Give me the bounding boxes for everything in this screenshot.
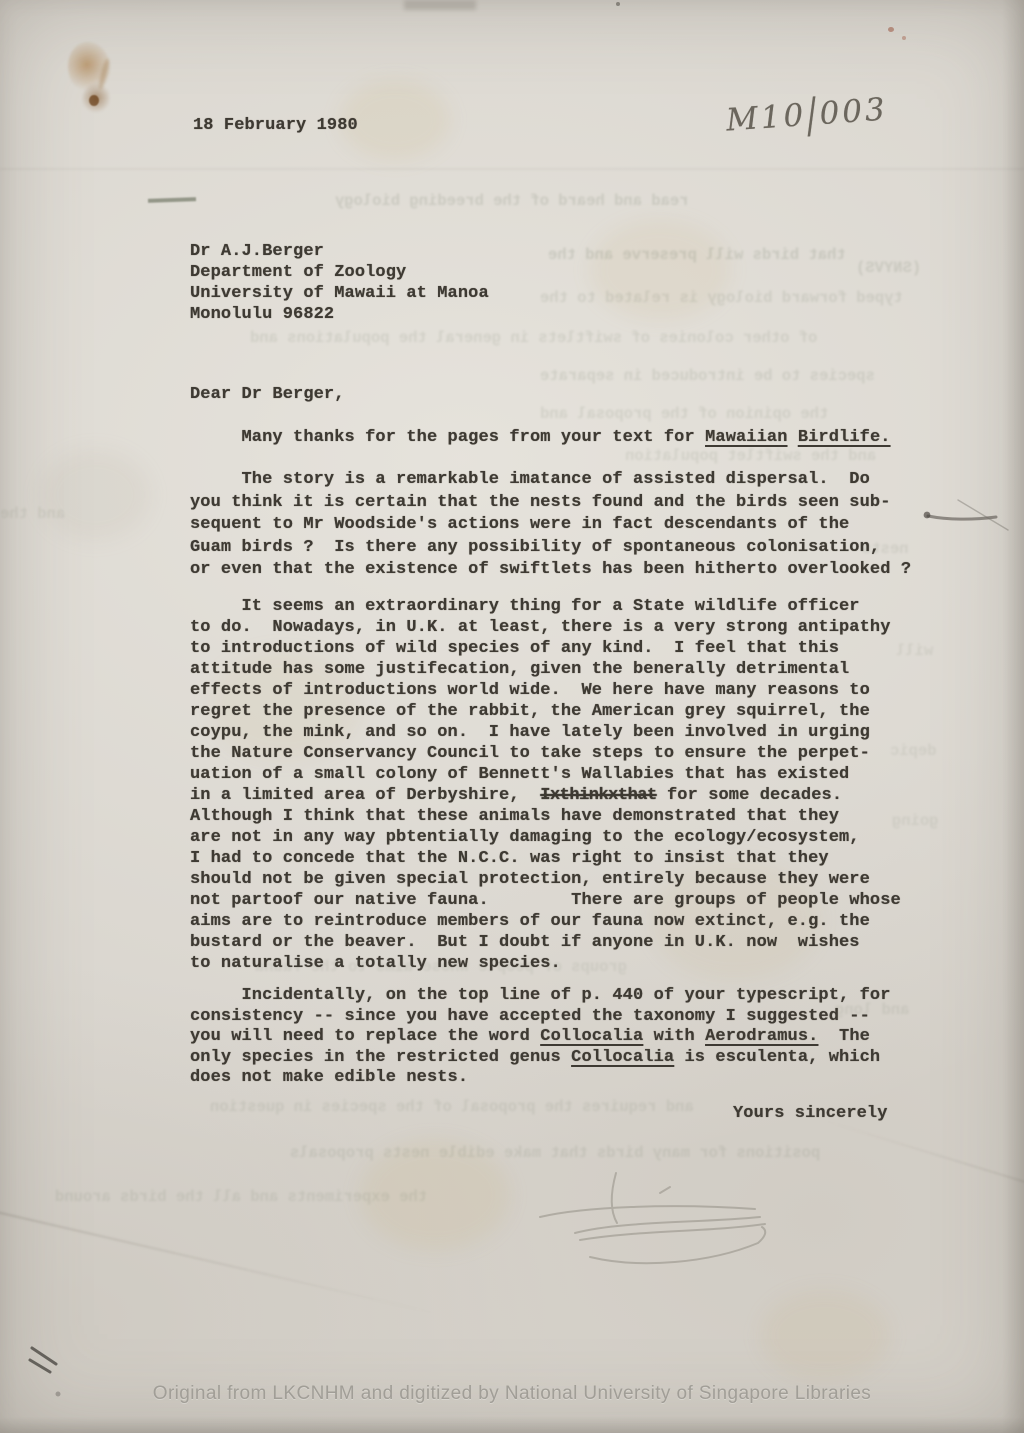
text-run: Many thanks for the pages from your text…	[190, 428, 705, 447]
letter-line: effects of introductions world wide. We …	[190, 680, 901, 701]
text-run: only species in the restricted genus	[190, 1048, 571, 1067]
struck-out-text: Ixthinkxthat	[540, 786, 656, 805]
text-run: with	[643, 1027, 705, 1046]
text-run: uation of a small colony of Bennett's Wa…	[190, 765, 849, 784]
letter-line: does not make edible nests.	[190, 1068, 891, 1089]
text-run: effects of introductions world wide. We …	[190, 681, 870, 700]
underlined-text: Birdlife.	[798, 428, 891, 447]
text-run: you will need to replace the word	[190, 1027, 540, 1046]
squiggle-dot	[924, 512, 931, 519]
pencil-annotation	[520, 1165, 820, 1275]
text-run: regret the presence of the rabbit, the A…	[190, 702, 870, 721]
letter-line: or even that the existence of swiftlets …	[190, 559, 911, 582]
text-run: are not in any way pbtentially damaging …	[190, 828, 860, 847]
text-run: bustard or the beaver. But I doubt if an…	[190, 933, 860, 952]
letter-line: you will need to replace the word Colloc…	[190, 1027, 891, 1048]
letter-line: aims are to reintroduce members of our f…	[190, 911, 901, 932]
letter-line: coypu, the mink, and so on. I have latel…	[190, 722, 901, 743]
underlined-text: Collocalia	[540, 1027, 643, 1046]
text-run: does not make edible nests.	[190, 1068, 468, 1087]
text-run: aims are to reintroduce members of our f…	[190, 912, 870, 931]
letter-line: consistency -- since you have accepted t…	[190, 1007, 891, 1028]
letter-line: only species in the restricted genus Col…	[190, 1048, 891, 1069]
letter-line: regret the presence of the rabbit, the A…	[190, 701, 901, 722]
paragraph-1: Many thanks for the pages from your text…	[190, 427, 891, 449]
text-run: coypu, the mink, and so on. I have latel…	[190, 723, 870, 742]
letter-line: the Nature Conservancy Council to take s…	[190, 743, 901, 764]
letter-line: Guam birds ? Is there any possibility of…	[190, 537, 911, 560]
letter-line: bustard or the beaver. But I doubt if an…	[190, 932, 901, 953]
text-run: the Nature Conservancy Council to take s…	[190, 744, 870, 763]
corner-stroke-1	[32, 1348, 56, 1364]
text-run: It seems an extraordinary thing for a St…	[190, 597, 860, 616]
underlined-text: Collocalia	[571, 1048, 674, 1067]
text-run: Incidentally, on the top line of p. 440 …	[190, 986, 891, 1005]
letter-line: Although I think that these animals have…	[190, 806, 901, 827]
text-run: consistency -- since you have accepted t…	[190, 1007, 870, 1026]
underlined-text: Mawaiian	[705, 428, 787, 447]
text-run: not partoof our native fauna. There are …	[190, 891, 901, 910]
letter-line: you think it is certain that the nests f…	[190, 492, 911, 515]
letter-line: to do. Nowadays, in U.K. at least, there…	[190, 617, 901, 638]
letter-line: Incidentally, on the top line of p. 440 …	[190, 986, 891, 1007]
letter-line: not partoof our native fauna. There are …	[190, 890, 901, 911]
text-run: should not be given special protection, …	[190, 870, 870, 889]
letter-line: I had to concede that the N.C.C. was rig…	[190, 848, 901, 869]
page-edge-shading-bottom	[0, 1417, 1024, 1433]
text-run: I had to concede that the N.C.C. was rig…	[190, 849, 829, 868]
letter-line: attitude has some justifecation, given t…	[190, 659, 901, 680]
text-run: Although I think that these animals have…	[190, 807, 839, 826]
corner-stroke-2	[30, 1360, 50, 1372]
text-run: to do. Nowadays, in U.K. at least, there…	[190, 618, 891, 637]
letter-line: Many thanks for the pages from your text…	[190, 427, 891, 449]
text-run: in a limited area of Derbyshire,	[190, 786, 540, 805]
letter-line: The story is a remarkable imatance of as…	[190, 469, 911, 492]
text-run	[788, 428, 798, 447]
pencil-tick	[660, 1187, 670, 1193]
letter-line: to naturalise a totally new species.	[190, 953, 901, 974]
text-run: attitude has some justifecation, given t…	[190, 660, 849, 679]
text-run: The	[818, 1027, 870, 1046]
text-run: is esculenta, which	[674, 1048, 880, 1067]
ref-part-1: M10	[725, 97, 808, 139]
pencil-stroke-2	[575, 1217, 760, 1233]
underlined-text: Aerodramus.	[705, 1027, 818, 1046]
text-run: sequent to Mr Woodside's actions were in…	[190, 515, 849, 534]
paragraph-4: Incidentally, on the top line of p. 440 …	[190, 986, 891, 1089]
text-run: or even that the existence of swiftlets …	[190, 560, 911, 579]
squiggle-diagonal	[958, 500, 1008, 530]
text-run: Guam birds ? Is there any possibility of…	[190, 538, 880, 557]
text-run: for some decades.	[657, 786, 842, 805]
pencil-stroke-4	[590, 1227, 765, 1263]
letter-line: sequent to Mr Woodside's actions were in…	[190, 514, 911, 537]
ref-part-2: 003	[818, 91, 889, 132]
page-edge-shading-right	[1002, 0, 1024, 1433]
letter-body: Many thanks for the pages from your text…	[0, 0, 1024, 1433]
text-run: The story is a remarkable imatance of as…	[190, 470, 870, 489]
text-run: you think it is certain that the nests f…	[190, 493, 891, 512]
letter-line: should not be given special protection, …	[190, 869, 901, 890]
pencil-stroke-1	[540, 1206, 755, 1217]
letter-line: It seems an extraordinary thing for a St…	[190, 596, 901, 617]
paragraph-3: It seems an extraordinary thing for a St…	[190, 596, 901, 974]
closing: Yours sincerely	[733, 1103, 888, 1124]
letter-line: in a limited area of Derbyshire, Ixthink…	[190, 785, 901, 806]
letter-line: are not in any way pbtentially damaging …	[190, 827, 901, 848]
text-run: to introductions of wild species of any …	[190, 639, 839, 658]
pencil-hook	[612, 1173, 617, 1223]
letter-line: to introductions of wild species of any …	[190, 638, 901, 659]
watermark-text: Original from LKCNHM and digitized by Na…	[0, 1383, 1024, 1405]
letter-line: uation of a small colony of Bennett's Wa…	[190, 764, 901, 785]
text-run: to naturalise a totally new species.	[190, 954, 561, 973]
scanned-letter-page: read and heard of the breeding biologyth…	[0, 0, 1024, 1433]
paragraph-2: The story is a remarkable imatance of as…	[190, 469, 911, 582]
